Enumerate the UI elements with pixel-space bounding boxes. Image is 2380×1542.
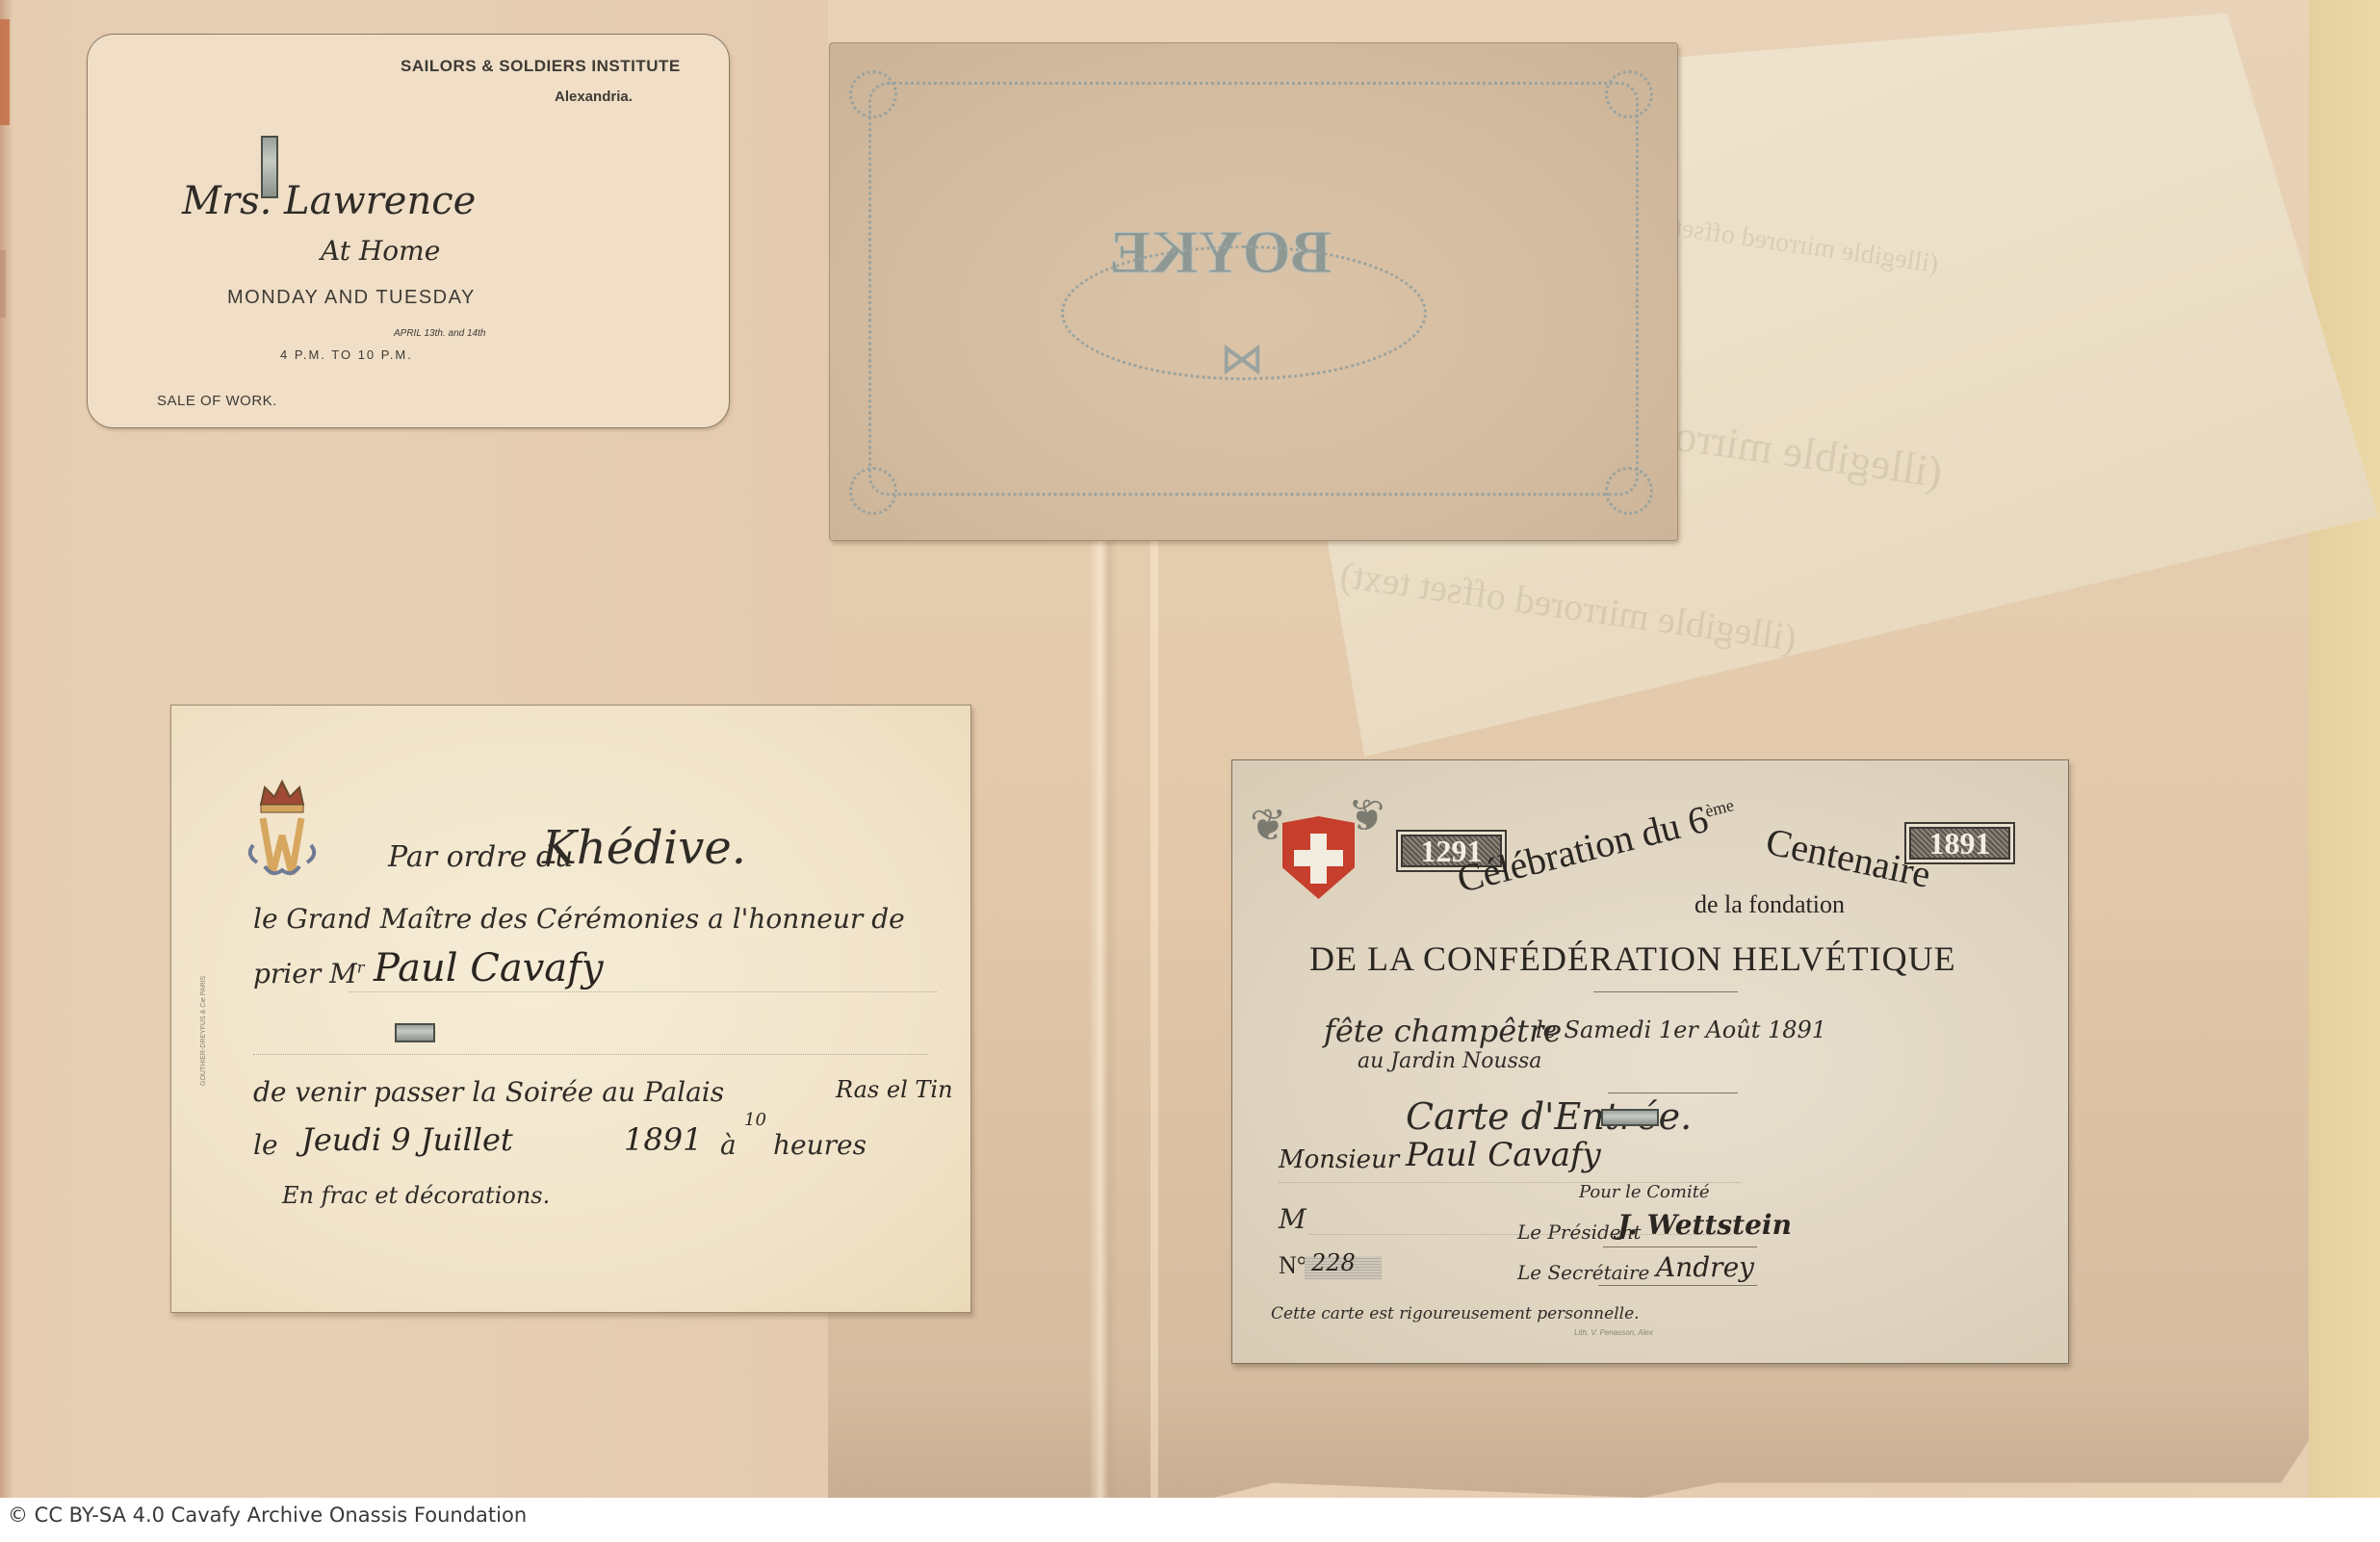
line-soiree: de venir passer la Soirée au Palais <box>253 1076 724 1108</box>
divider <box>1608 1092 1738 1093</box>
committee-label: Pour le Comité <box>1579 1182 1710 1202</box>
album-edge <box>2309 0 2380 1498</box>
mounting-tab <box>1601 1109 1659 1126</box>
hours-text: 4 P.M. TO 10 P.M. <box>280 347 413 362</box>
binding-stain <box>0 250 6 318</box>
khedive-title: Khédive. <box>542 821 746 875</box>
dates-text: APRIL 13th. and 14th <box>394 328 485 339</box>
paper-fold <box>1089 539 1118 1498</box>
mounting-tab <box>395 1023 435 1042</box>
crown-monogram-icon <box>244 778 321 884</box>
knot-ornament-icon <box>849 70 897 118</box>
president-line <box>1603 1246 1757 1247</box>
palace-name: Ras el Tin <box>836 1076 953 1103</box>
secretary-label: Le Secrétaire <box>1517 1261 1649 1284</box>
printer-mark: Lith. V. Penasson, Alex <box>1574 1328 1653 1337</box>
bow-icon: ⋈ <box>1220 332 1264 384</box>
secretary-signature: Andrey <box>1656 1251 1754 1283</box>
event-venue: au Jardin Noussa <box>1358 1049 1541 1073</box>
dress-code: En frac et décorations. <box>282 1182 550 1209</box>
line-hours: heures <box>773 1129 867 1161</box>
credit-bar: © CC BY-SA 4.0 Cavafy Archive Onassis Fo… <box>0 1498 2380 1542</box>
event-date: le Samedi 1er Août 1891 <box>1536 1016 1826 1043</box>
recipient-name: Paul Cavafy <box>1406 1136 1601 1174</box>
event-hour: 10 <box>744 1110 766 1130</box>
knot-ornament-icon <box>849 467 897 515</box>
knot-ornament-icon <box>1605 70 1653 118</box>
khedive-invitation-card: Par ordre du Khédive. le Grand Maître de… <box>170 705 971 1313</box>
at-home-text: At Home <box>321 235 440 267</box>
line-date-a: à <box>720 1129 737 1161</box>
offset-text: (illegible mirrored offset text) <box>1337 552 1799 660</box>
personal-notice: Cette carte est rigoureusement personnel… <box>1271 1304 1640 1324</box>
event-fete: fête champêtre <box>1324 1013 1562 1049</box>
binding-stain <box>0 19 10 125</box>
guest-name: Paul Cavafy <box>374 946 604 990</box>
license-credit: © CC BY-SA 4.0 Cavafy Archive Onassis Fo… <box>8 1503 527 1527</box>
line-prier-prefix: prier Mr <box>253 958 364 989</box>
divider <box>1593 991 1738 992</box>
number-value: 228 <box>1311 1249 1356 1276</box>
host-name: Mrs. Lawrence <box>182 179 476 223</box>
blank-line <box>253 1054 927 1055</box>
recipient-label: Monsieur <box>1279 1145 1399 1174</box>
days-text: MONDAY AND TUESDAY <box>227 287 476 309</box>
city: Alexandria. <box>555 89 633 105</box>
president-signature: J. Wettstein <box>1617 1209 1792 1241</box>
name-line <box>349 991 937 992</box>
title-confederation: DE LA CONFÉDÉRATION HELVÉTIQUE <box>1309 938 1956 979</box>
album-page: (illegible mirrored offset text) (illegi… <box>0 0 2380 1498</box>
sailors-soldiers-card: SAILORS & SOLDIERS INSTITUTE Alexandria.… <box>87 34 730 428</box>
knot-ornament-icon <box>1605 467 1653 515</box>
paper-fold <box>1151 539 1158 1498</box>
event-year: 1891 <box>624 1121 702 1158</box>
institution-name: SAILORS & SOLDIERS INSTITUTE <box>401 57 681 76</box>
title-fondation: de la fondation <box>1694 890 1845 919</box>
line-grand-maitre: le Grand Maître des Cérémonies a l'honne… <box>253 903 905 935</box>
swiss-shield-icon <box>1282 816 1355 899</box>
m-label: M <box>1279 1203 1306 1235</box>
swiss-confederation-entry-card: ❦ ❦ 1291 1891 Célébration du 6ème Centen… <box>1231 759 2069 1364</box>
silver-monogram-card: BOYKE ⋈ <box>829 42 1678 541</box>
event-date: Jeudi 9 Juillet <box>301 1121 513 1158</box>
secretary-line <box>1598 1285 1757 1286</box>
laurel-icon: ❦ <box>1250 799 1287 851</box>
footer-text: SALE OF WORK. <box>157 393 277 409</box>
number-label: N° <box>1279 1251 1306 1280</box>
printer-mark: GOUTHIER-DREYFUS & Cie PARIS <box>200 976 207 1086</box>
line-date-prefix: le <box>253 1129 278 1161</box>
